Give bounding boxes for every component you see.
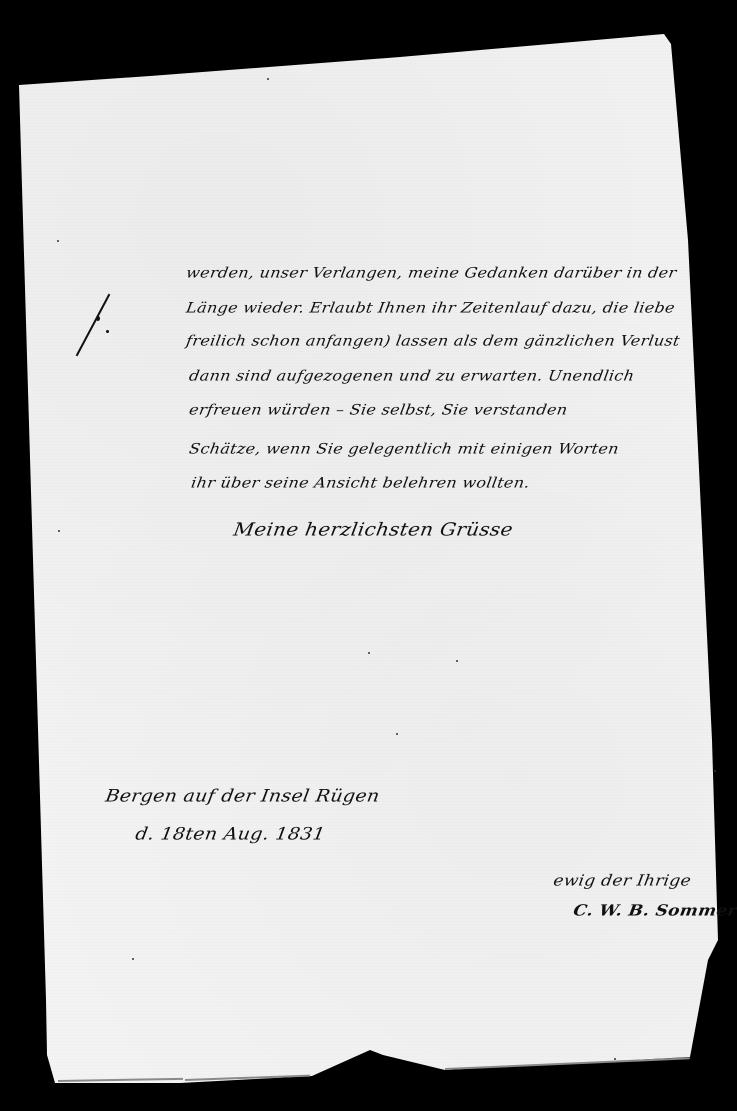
letter-body-line: Länge wieder. Erlaubt Ihnen ihr Zeitenla… (185, 299, 676, 316)
paper-speck (132, 958, 134, 960)
paper-sheet (0, 0, 737, 1111)
letter-body-line: erfreuen würden – Sie selbst, Sie versta… (188, 401, 569, 418)
letter-body-line: freilich schon anfangen) lassen als dem … (185, 332, 681, 349)
paper-speck (396, 733, 398, 735)
signature-name: C. W. B. Sommer (572, 902, 737, 920)
paper-speck (368, 652, 370, 654)
place-line: Bergen auf der Insel Rügen (104, 786, 381, 806)
letter-body-line: dann sind aufgezogenen und zu erwarten. … (188, 367, 636, 384)
letter-body-line: werden, unser Verlangen, meine Gedanken … (185, 264, 678, 281)
letter-body-line: Schätze, wenn Sie gelegentlich mit einig… (188, 440, 620, 457)
date-line: d. 18ten Aug. 1831 (134, 824, 327, 844)
margin-mark-dot (96, 316, 100, 321)
margin-mark-dot (106, 330, 109, 333)
paper-speck (456, 660, 458, 662)
paper-speck (614, 1058, 616, 1060)
letter-body-line: ihr über seine Ansicht belehren wollten. (190, 474, 531, 491)
paper-speck (267, 78, 269, 80)
signature-salutation: ewig der Ihrige (552, 872, 692, 890)
paper-speck (57, 240, 59, 242)
paper-speck (714, 770, 716, 772)
paper-speck (58, 530, 60, 532)
letter-closing: Meine herzlichsten Grüsse (232, 518, 515, 540)
scanned-page: werden, unser Verlangen, meine Gedanken … (0, 0, 737, 1111)
